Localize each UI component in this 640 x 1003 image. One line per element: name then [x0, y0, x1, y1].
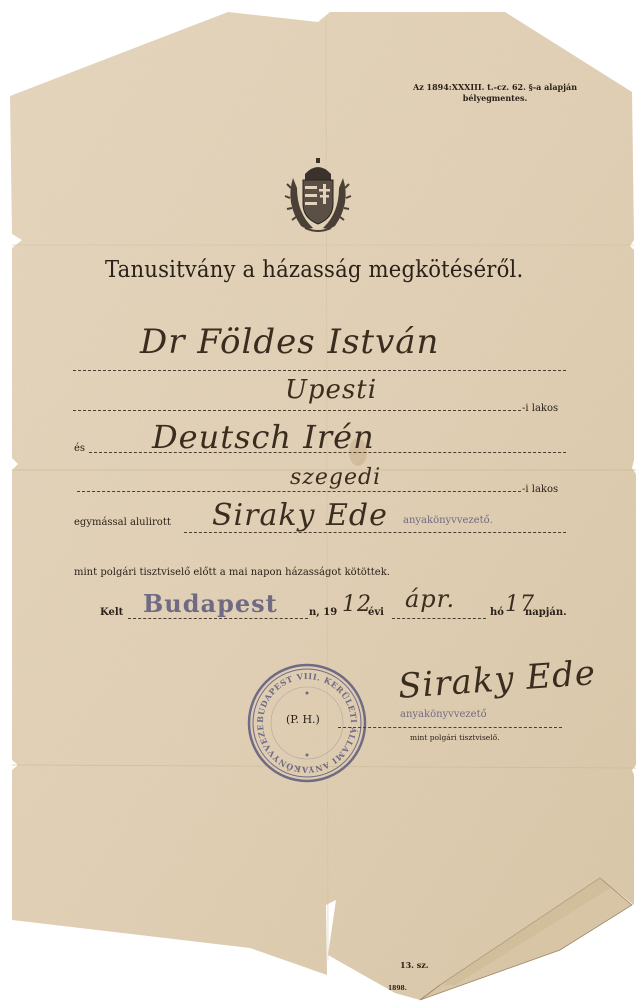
stamp-exemption-line1: Az 1894:XXXIII. t.-cz. 62. §-a alapján — [400, 82, 590, 93]
place-stamped: Budapest — [143, 589, 278, 618]
signature-stamped-title: anyakönyvvezető — [400, 709, 487, 720]
kelt-label: Kelt — [100, 607, 123, 618]
stamp-exemption-note: Az 1894:XXXIII. t.-cz. 62. §-a alapján b… — [400, 82, 590, 104]
year-suffix: évi — [368, 607, 384, 618]
signature-caption: mint polgári tisztviselő. — [410, 733, 500, 742]
place-line — [128, 618, 308, 619]
day-suffix: napján. — [525, 607, 567, 618]
registrar-line — [184, 532, 566, 533]
registrar-prefix: egymással alulirott — [74, 517, 171, 528]
groom-name-line — [73, 370, 566, 371]
print-year: 1898. — [388, 985, 407, 992]
bride-residence-suffix: -i lakos — [522, 484, 558, 495]
place-suffix: n, 19 — [309, 607, 337, 618]
registrar-name-handwritten: Siraky Ede — [212, 498, 388, 533]
month-suffix: hó — [490, 607, 504, 618]
conjunction-es: és — [74, 443, 85, 454]
registrar-stamped-title: anyakönyvvezető. — [403, 515, 493, 526]
groom-residence-suffix: -i lakos — [522, 403, 558, 414]
form-number: 13. sz. — [400, 960, 429, 970]
document-title: Tanusitvány a házasság megkötéséről. — [105, 257, 523, 283]
month-line — [392, 618, 486, 619]
groom-name-handwritten: Dr Földes István — [140, 322, 439, 362]
bride-residence-handwritten: szegedi — [290, 465, 381, 490]
month-handwritten: ápr. — [405, 585, 455, 613]
bride-name-handwritten: Deutsch Irén — [152, 418, 375, 456]
hungarian-coat-of-arms-icon — [283, 158, 353, 234]
bride-residence-line — [77, 491, 521, 492]
bride-name-line — [89, 452, 566, 453]
seal-center-text: (P. H.) — [286, 713, 320, 726]
groom-residence-handwritten: Upesti — [285, 375, 377, 405]
groom-residence-line — [73, 410, 521, 411]
stamp-exemption-line2: bélyegmentes. — [400, 93, 590, 104]
signature-line — [338, 727, 562, 728]
marriage-statement: mint polgári tisztviselő előtt a mai nap… — [74, 567, 390, 578]
